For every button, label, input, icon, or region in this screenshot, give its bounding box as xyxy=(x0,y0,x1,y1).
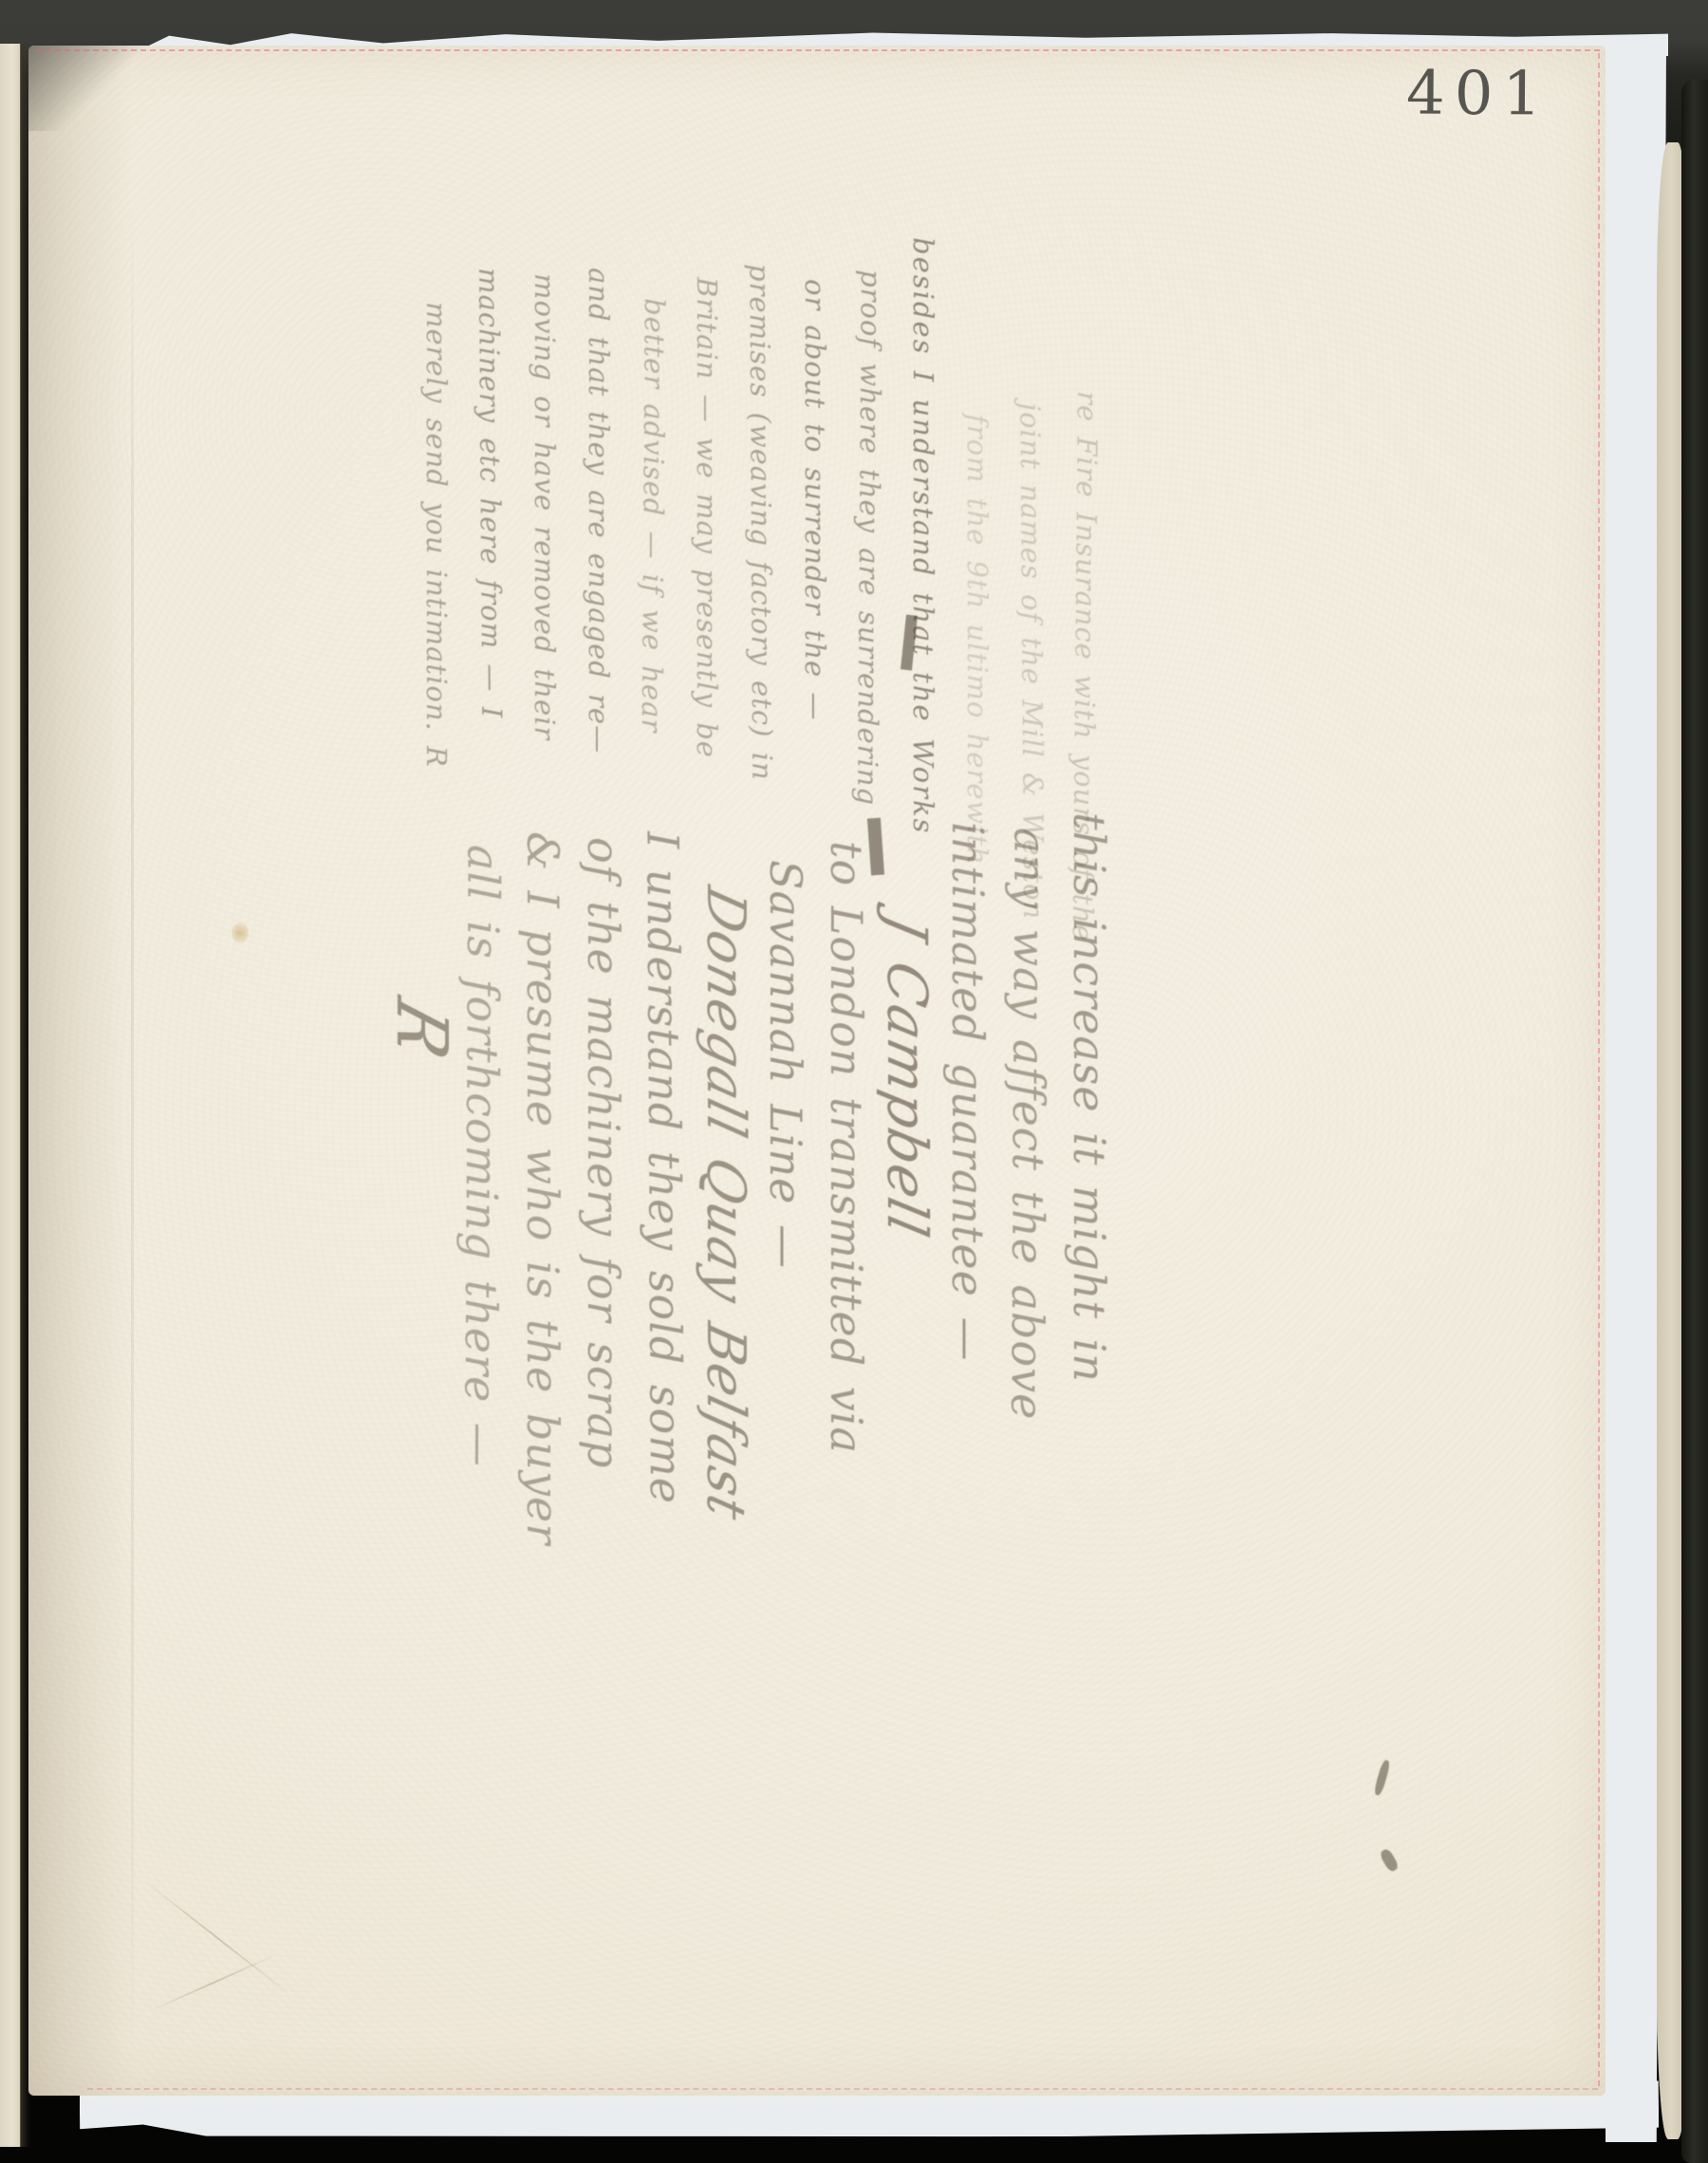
handwriting-line: and that they are engaged re— xyxy=(571,268,625,818)
stain-mark xyxy=(232,923,249,943)
handwriting-line: or about to surrender the — xyxy=(788,279,842,818)
handwriting-line: premises (weaving factory etc) in xyxy=(732,264,789,818)
previous-page-edge xyxy=(0,44,21,2147)
handwriting-line: I understand they sold some xyxy=(632,831,696,1429)
handwriting-line: intimated guarantee — xyxy=(938,822,998,1429)
handwriting-line: joint names of the Mill & Weston xyxy=(1002,402,1059,818)
handwriting-large-block: this increase it might in any way affect… xyxy=(391,803,1120,1429)
handwriting-line: from the 9th ultimo herewith xyxy=(950,414,1004,818)
handwriting-line: machinery etc here from — I xyxy=(461,268,519,818)
handwriting-line: better advised — if we hear xyxy=(623,298,681,818)
gutter-shading xyxy=(28,46,133,2096)
handwriting-line: all is forthcoming there — xyxy=(450,845,513,1429)
handwriting-line: Donegall Quay Belfast xyxy=(695,881,755,1437)
pink-edge-rule-right xyxy=(1598,53,1600,2086)
book-photo-background: 401 re Fire Insurance with yours of the … xyxy=(0,0,1708,2163)
page-corner-shadow xyxy=(28,46,161,131)
handwriting-line: re Fire Insurance with yours of the xyxy=(1056,391,1114,818)
handwriting-line: of the machinery for scrap xyxy=(573,837,634,1429)
pink-edge-rule-top xyxy=(36,49,1600,51)
handwriting-line: Savannah Line — xyxy=(755,860,816,1429)
book-cover-edge xyxy=(1681,80,1708,2163)
handwriting-line: to London transmitted via xyxy=(816,841,877,1429)
handwriting-line: Britain — we may presently be xyxy=(679,277,733,818)
handwriting-line: & I presume who is the buyer xyxy=(512,831,573,1429)
signature-flourish: R xyxy=(391,993,452,1440)
handwriting-small-block: re Fire Insurance with yours of the join… xyxy=(409,211,1112,818)
pink-edge-rule-bottom xyxy=(87,2088,1598,2090)
handwriting-line: this increase it might in xyxy=(1059,812,1120,1429)
handwriting-line: merely send you intimation. R xyxy=(409,302,463,818)
handwriting-line: moving or have removed their xyxy=(517,273,571,818)
page-number-stamp: 401 xyxy=(1406,58,1551,129)
handwriting-line: proof where they are surrendering xyxy=(840,270,898,818)
handwriting-line: besides I understand that the Works xyxy=(896,237,950,818)
handwriting-line: any way affect the above xyxy=(996,828,1060,1429)
page-fold-line xyxy=(131,199,134,2079)
signature-line: J Campbell xyxy=(877,910,938,1436)
